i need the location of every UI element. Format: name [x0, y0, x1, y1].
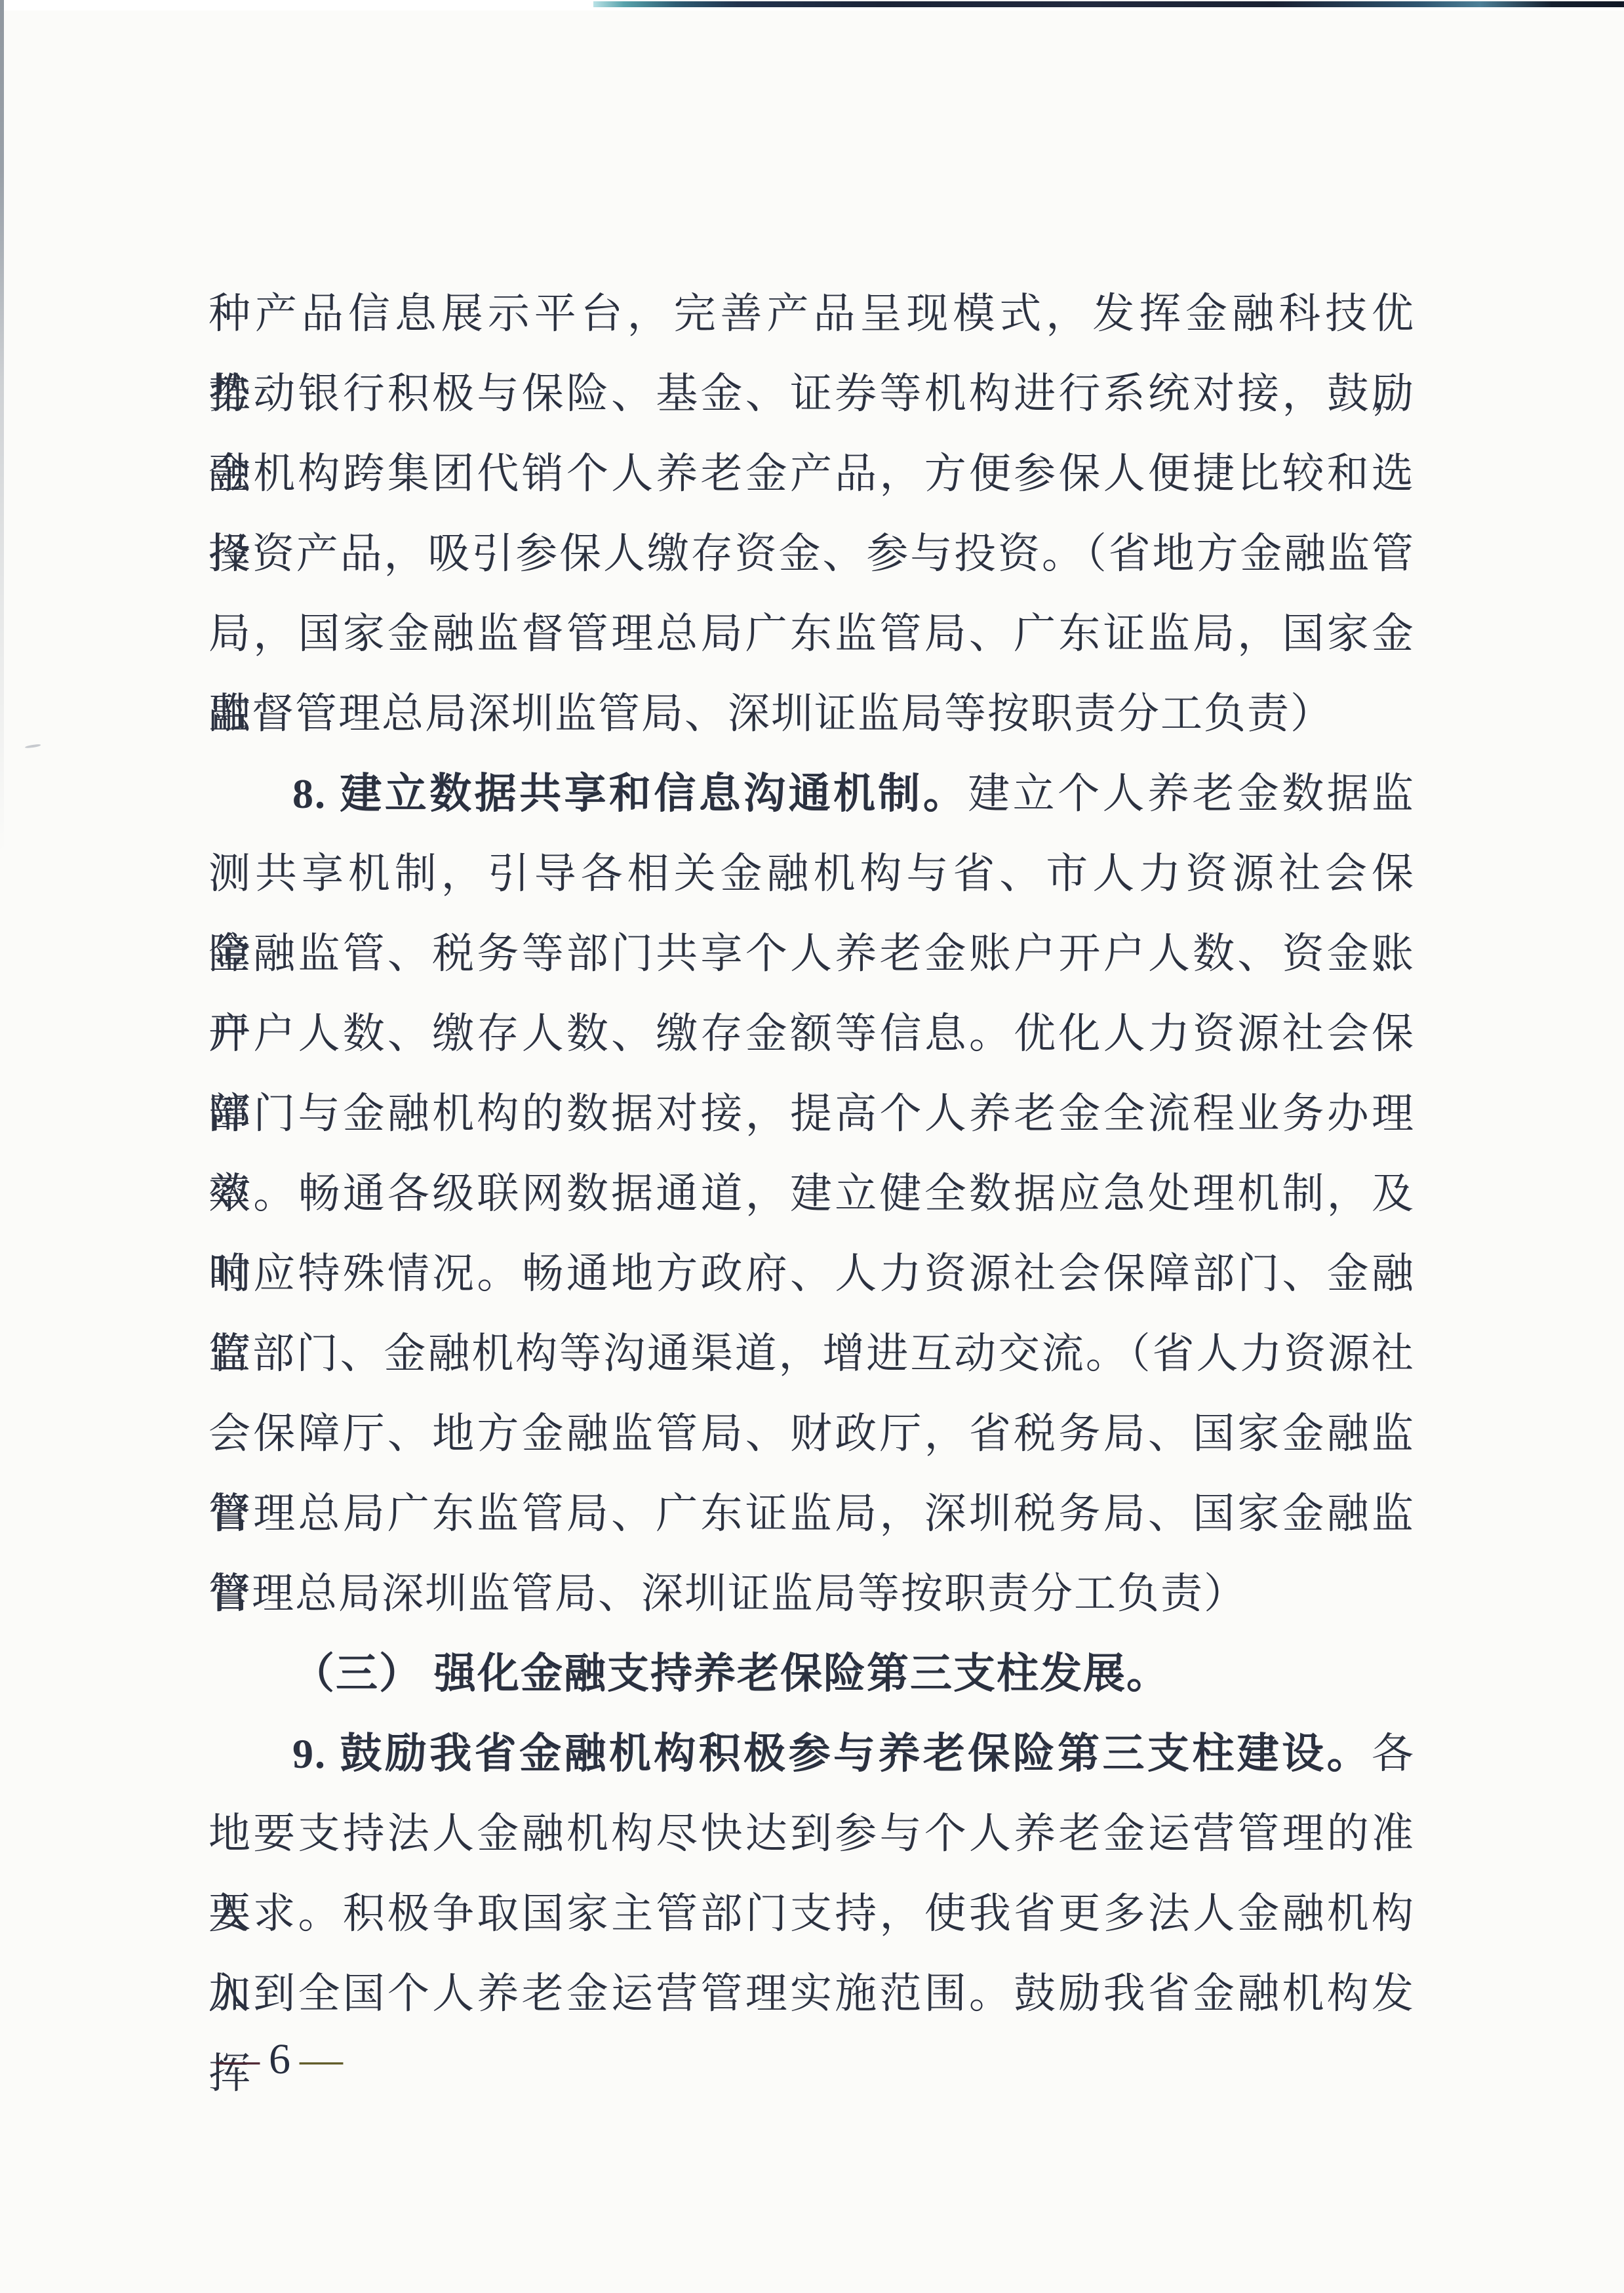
- text-run-bold: 8. 建立数据共享和信息沟通机制。: [292, 770, 968, 817]
- text-line: 地要支持法人金融机构尽快达到参与个人养老金运营管理的准入: [208, 1794, 1415, 1874]
- text-run: 入到全国个人养老金运营管理实施范围。鼓励我省金融机构发挥: [208, 1970, 1415, 2097]
- text-run: 投资产品，吸引参保人缴存资金、参与投资。（省地方金融监管: [208, 530, 1415, 577]
- text-line: 投资产品，吸引参保人缴存资金、参与投资。（省地方金融监管: [208, 514, 1415, 594]
- text-line: 开户人数、缴存人数、缴存金额等信息。优化人力资源社会保障: [208, 994, 1415, 1074]
- scan-artifact-left-line: [0, 0, 4, 852]
- text-line: 8. 建立数据共享和信息沟通机制。建立个人养老金数据监: [208, 754, 1415, 834]
- text-line: 管部门、金融机构等沟通渠道，增进互动交流。（省人力资源社: [208, 1314, 1415, 1394]
- text-line: 推动银行积极与保险、基金、证券等机构进行系统对接，鼓励金: [208, 354, 1415, 434]
- footer-dash-right: —: [300, 2030, 343, 2089]
- text-line: 局，国家金融监督管理总局广东监管局、广东证监局，国家金融: [208, 594, 1415, 674]
- text-line: 管理总局广东监管局、广东证监局，深圳税务局、国家金融监督: [208, 1474, 1415, 1554]
- text-line: 种产品信息展示平台，完善产品呈现模式，发挥金融科技优势，: [208, 274, 1415, 354]
- body-text: 种产品信息展示平台，完善产品呈现模式，发挥金融科技优势，推动银行积极与保险、基金…: [208, 274, 1415, 2034]
- page-number: 6: [269, 2030, 290, 2089]
- text-run-bold: （三） 强化金融支持养老保险第三支柱发展。: [292, 1650, 1170, 1697]
- scan-artifact-top-band: [593, 1, 1624, 7]
- text-run-bold: 9. 鼓励我省金融机构积极参与养老保险第三支柱建设。: [292, 1730, 1372, 1777]
- text-run: 管部门、金融机构等沟通渠道，增进互动交流。（省人力资源社: [208, 1330, 1415, 1377]
- text-line: 入到全国个人养老金运营管理实施范围。鼓励我省金融机构发挥: [208, 1954, 1415, 2034]
- text-run: 各: [1372, 1730, 1415, 1777]
- text-line: 融机构跨集团代销个人养老金产品，方便参保人便捷比较和选择: [208, 434, 1415, 514]
- text-line: 测共享机制，引导各相关金融机构与省、市人力资源社会保障、: [208, 834, 1415, 914]
- text-run: 监督管理总局深圳监管局、深圳证监局等按职责分工负责）: [208, 690, 1334, 737]
- page-footer: — 6 —: [216, 2030, 343, 2089]
- text-line: （三） 强化金融支持养老保险第三支柱发展。: [208, 1634, 1415, 1714]
- text-line: 要求。积极争取国家主管部门支持，使我省更多法人金融机构加: [208, 1874, 1415, 1954]
- text-line: 响应特殊情况。畅通地方政府、人力资源社会保障部门、金融监: [208, 1234, 1415, 1314]
- footer-dash-left: —: [216, 2030, 260, 2089]
- text-line: 率。畅通各级联网数据通道，建立健全数据应急处理机制，及时: [208, 1154, 1415, 1234]
- text-line: 管理总局深圳监管局、深圳证监局等按职责分工负责）: [208, 1554, 1415, 1634]
- scan-artifact-left-mark: [25, 744, 41, 748]
- text-line: 监督管理总局深圳监管局、深圳证监局等按职责分工负责）: [208, 674, 1415, 754]
- text-line: 金融监管、税务等部门共享个人养老金账户开户人数、资金账户: [208, 914, 1415, 994]
- text-line: 会保障厅、地方金融监管局、财政厅，省税务局、国家金融监督: [208, 1394, 1415, 1474]
- text-run: 建立个人养老金数据监: [968, 770, 1415, 817]
- text-run: 管理总局深圳监管局、深圳证监局等按职责分工负责）: [208, 1570, 1247, 1617]
- text-line: 部门与金融机构的数据对接，提高个人养老金全流程业务办理效: [208, 1074, 1415, 1154]
- document-page: 种产品信息展示平台，完善产品呈现模式，发挥金融科技优势，推动银行积极与保险、基金…: [0, 0, 1624, 2293]
- text-line: 9. 鼓励我省金融机构积极参与养老保险第三支柱建设。各: [208, 1714, 1415, 1794]
